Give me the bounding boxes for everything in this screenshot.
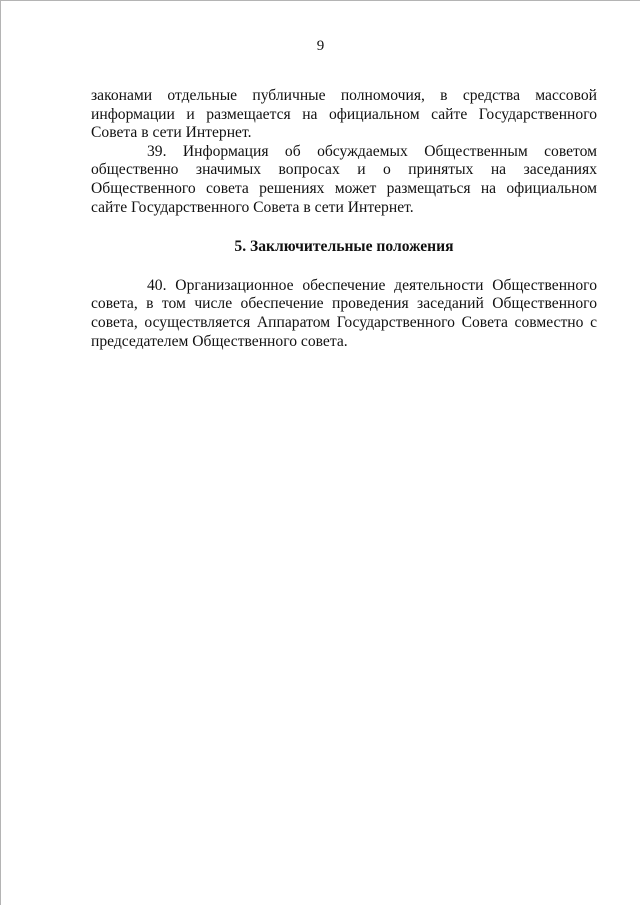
paragraph-39: 39. Информация об обсуждаемых Общественн… [91, 143, 597, 217]
section-heading: 5. Заключительные положения [91, 238, 597, 257]
paragraph-38-continuation: законами отдельные публичные полномочия,… [91, 87, 597, 143]
paragraph-40: 40. Организационное обеспечение деятельн… [91, 277, 597, 351]
page-number: 9 [1, 37, 640, 56]
document-page: 9 законами отдельные публичные полномочи… [0, 0, 640, 905]
document-body: законами отдельные публичные полномочия,… [91, 87, 597, 351]
